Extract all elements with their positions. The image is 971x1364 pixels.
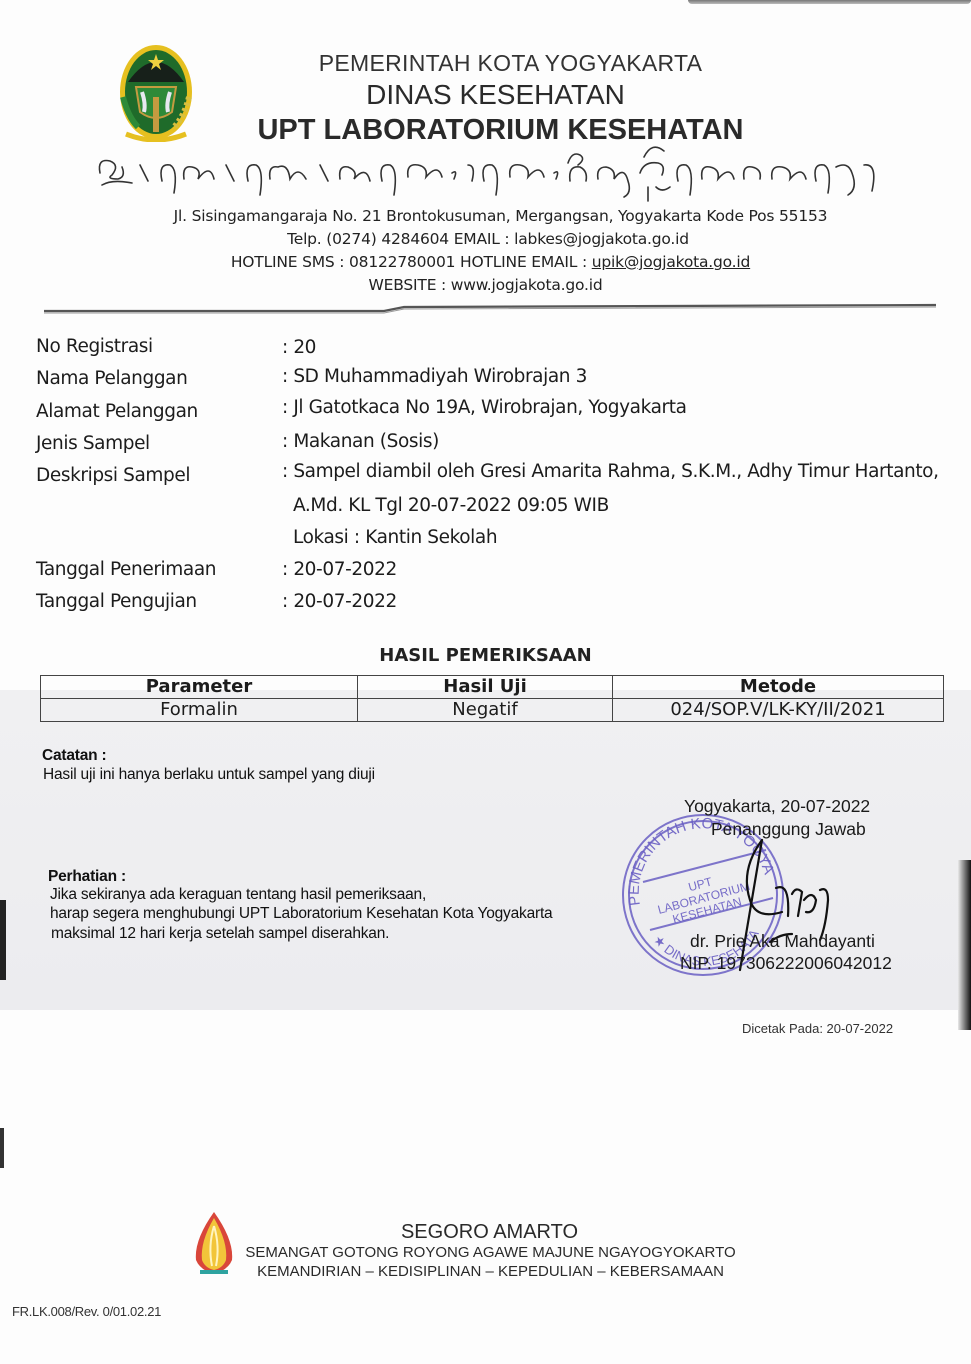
motto-line-1: SEMANGAT GOTONG ROYONG AGAWE MAJUNE NGAY… <box>0 1244 971 1261</box>
attention-line-2: harap segera menghubungi UPT Laboratoriu… <box>50 905 552 923</box>
form-code: FR.LK.008/Rev. 0/01.02.21 <box>12 1304 161 1319</box>
info-value-sample-description-line2: A.Md. KL Tgl 20-07-2022 09:05 WIB <box>293 495 609 516</box>
attention-line-1: Jika sekiranya ada keraguan tentang hasi… <box>50 886 426 904</box>
note-text: Hasil uji ini hanya berlaku untuk sampel… <box>43 766 375 784</box>
info-value-registration: : 20 <box>282 337 316 358</box>
info-value-customer-address: : Jl Gatotkaca No 19A, Wirobrajan, Yogya… <box>282 397 687 418</box>
info-label-sample-type: Jenis Sampel <box>36 433 150 454</box>
table-row: Formalin Negatif 024/SOP.V/LK-KY/II/2021 <box>41 699 944 722</box>
lab-phone-email: Telp. (0274) 4284604 EMAIL : labkes@jogj… <box>0 230 971 248</box>
hotline-label: HOTLINE SMS : 08122780001 HOTLINE EMAIL … <box>231 253 592 271</box>
column-header-method: Metode <box>613 676 944 699</box>
info-label-customer-name: Nama Pelanggan <box>36 368 187 389</box>
result-section-title: HASIL PEMERIKSAAN <box>0 645 971 666</box>
phone-label: Telp. (0274) 4284604 EMAIL : <box>287 230 514 248</box>
info-label-registration: No Registrasi <box>36 336 153 357</box>
left-edge-mark <box>0 1128 4 1168</box>
result-table: Parameter Hasil Uji Metode Formalin Nega… <box>40 675 944 722</box>
info-value-sample-type: : Makanan (Sosis) <box>282 431 439 452</box>
info-value-test-date: : 20-07-2022 <box>282 591 397 612</box>
lab-email: labkes@jogjakota.go.id <box>514 230 689 248</box>
kop-government: PEMERINTAH KOTA YOGYAKARTA <box>0 50 971 77</box>
column-header-parameter: Parameter <box>41 676 358 699</box>
left-edge-shadow <box>0 900 6 980</box>
info-value-sample-location: Lokasi : Kantin Sekolah <box>293 527 497 548</box>
website-label: WEBSITE : <box>369 276 451 294</box>
page-edge-shadow <box>688 0 971 4</box>
motto-line-2: KEMANDIRIAN – KEDISIPLINAN – KEPEDULIAN … <box>0 1263 971 1280</box>
signer-name: dr. Prie Aka Mahdayanti <box>690 931 875 952</box>
note-title: Catatan : <box>42 747 107 765</box>
signer-nip: NIP. 197306222006042012 <box>680 953 892 974</box>
info-value-customer-name: : SD Muhammadiyah Wirobrajan 3 <box>282 366 587 387</box>
info-value-received-date: : 20-07-2022 <box>282 559 397 580</box>
javanese-script-header-icon <box>92 143 882 203</box>
lab-hotline: HOTLINE SMS : 08122780001 HOTLINE EMAIL … <box>0 253 971 271</box>
sign-place-date: Yogyakarta, 20-07-2022 <box>684 796 870 817</box>
info-label-customer-address: Alamat Pelanggan <box>36 401 198 422</box>
cell-parameter: Formalin <box>41 699 358 722</box>
right-edge-shadow <box>958 860 971 1030</box>
motto-title: SEGORO AMARTO <box>0 1221 971 1244</box>
lab-address: Jl. Sisingamangaraja No. 21 Brontokusuma… <box>0 207 971 225</box>
info-value-sample-description: : Sampel diambil oleh Gresi Amarita Rahm… <box>282 461 939 482</box>
website-link[interactable]: www.jogjakota.go.id <box>451 276 603 294</box>
kop-department: DINAS KESEHATAN <box>0 79 971 111</box>
attention-title: Perhatian : <box>48 868 126 886</box>
result-table-header: Parameter Hasil Uji Metode <box>41 676 944 699</box>
info-label-sample-description: Deskripsi Sampel <box>36 465 190 486</box>
cell-result: Negatif <box>358 699 613 722</box>
attention-line-3: maksimal 12 hari kerja setelah sampel di… <box>51 925 389 943</box>
hotline-email-link[interactable]: upik@jogjakota.go.id <box>592 253 750 271</box>
lab-website: WEBSITE : www.jogjakota.go.id <box>0 276 971 294</box>
info-label-received-date: Tanggal Penerimaan <box>36 559 216 580</box>
header-divider <box>44 300 936 314</box>
cell-method: 024/SOP.V/LK-KY/II/2021 <box>613 699 944 722</box>
column-header-result: Hasil Uji <box>358 676 613 699</box>
printed-date: Dicetak Pada: 20-07-2022 <box>742 1021 893 1036</box>
info-label-test-date: Tanggal Pengujian <box>36 591 197 612</box>
